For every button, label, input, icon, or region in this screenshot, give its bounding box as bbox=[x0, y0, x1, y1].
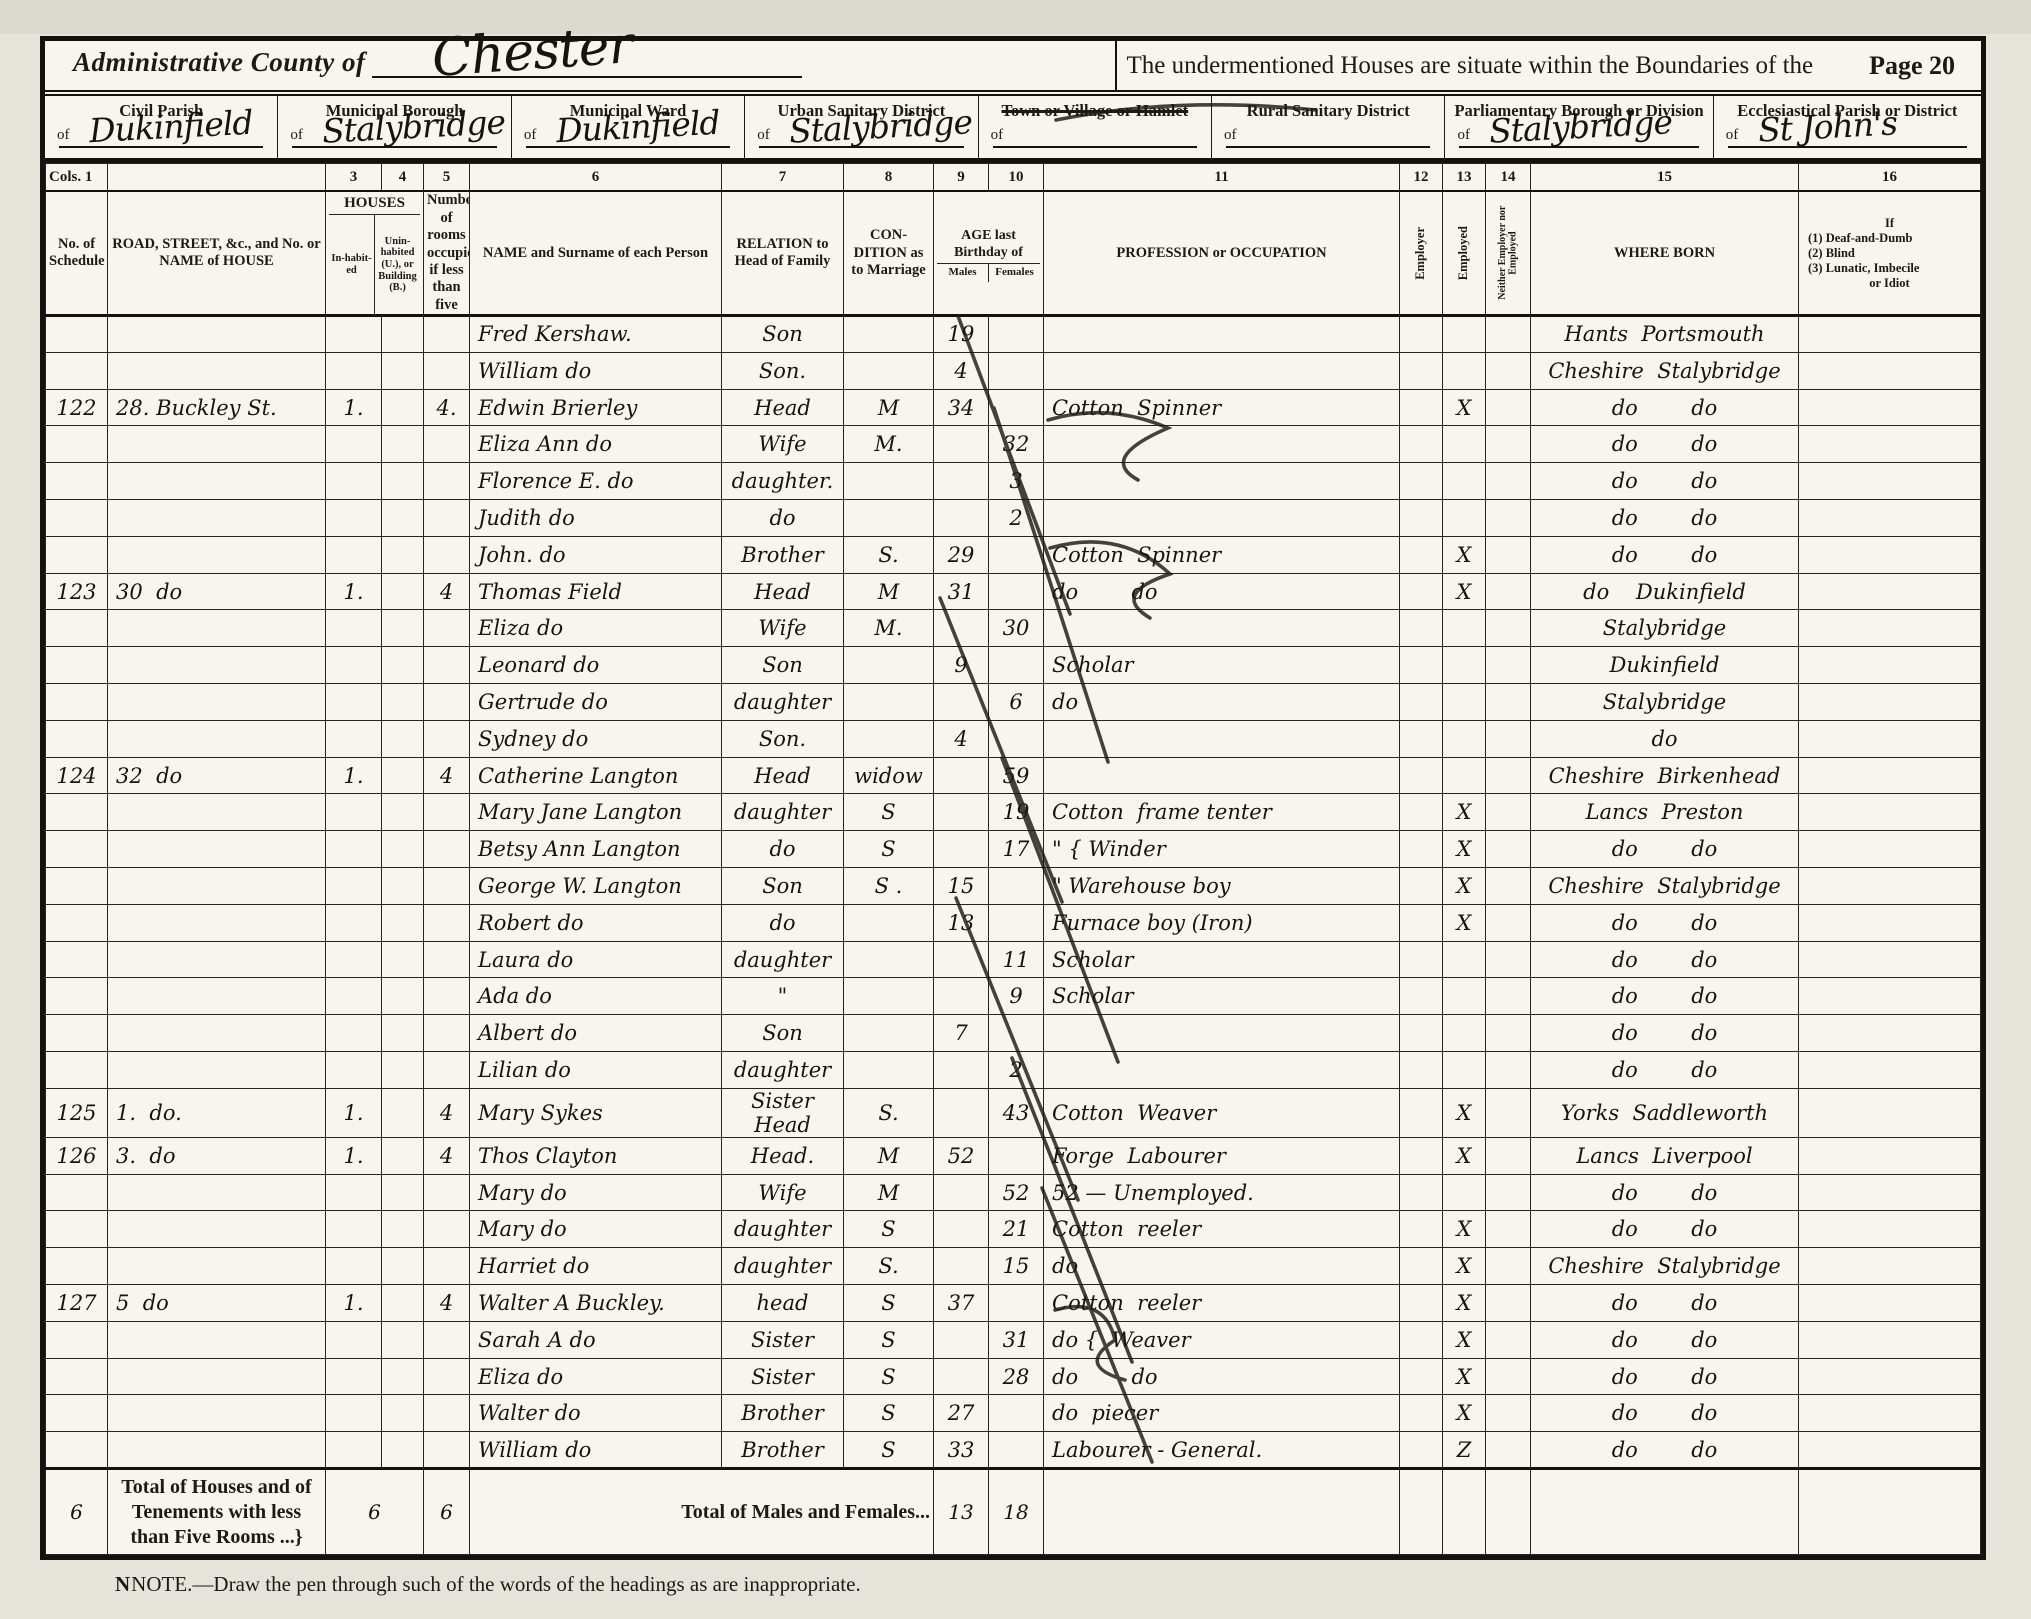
cell-condition: M. bbox=[844, 610, 934, 647]
header-houses: HOUSES In-habit-ed Unin-habited (U.), or… bbox=[326, 191, 424, 315]
district-of-prefix: of bbox=[524, 127, 537, 144]
cell-age-male bbox=[934, 500, 989, 537]
table-row: Mary dodaughterS21Cotton reelerXdo do bbox=[46, 1211, 1981, 1248]
col-num-6: 6 bbox=[470, 163, 722, 191]
cell-age-male bbox=[934, 610, 989, 647]
totals-schedule: 6 bbox=[46, 1469, 108, 1555]
district-label: Town or Village or Hamlet bbox=[979, 102, 1211, 121]
cell-uninhabited bbox=[382, 1285, 424, 1322]
cell-name: Sydney do bbox=[470, 720, 722, 757]
cell-road bbox=[108, 978, 326, 1015]
cell-age-female bbox=[989, 573, 1044, 610]
cell-infirmity bbox=[1799, 1395, 1981, 1432]
county-row: Administrative County of Chester The und… bbox=[45, 41, 1981, 96]
cell-road bbox=[108, 1432, 326, 1469]
totals-empty-infirmity bbox=[1799, 1469, 1981, 1555]
cell-age-male bbox=[934, 426, 989, 463]
cell-where-born: do do bbox=[1531, 426, 1799, 463]
header-neither: Neither Employer nor Employed bbox=[1486, 191, 1531, 315]
header-employer: Employer bbox=[1400, 191, 1443, 315]
cell-employed bbox=[1443, 610, 1486, 647]
cell-relation: " bbox=[722, 978, 844, 1015]
cell-infirmity bbox=[1799, 1285, 1981, 1322]
cell-age-female bbox=[989, 1432, 1044, 1469]
cell-relation: Brother bbox=[722, 536, 844, 573]
cell-age-female bbox=[989, 389, 1044, 426]
cell-infirmity bbox=[1799, 1052, 1981, 1089]
cell-occupation: Scholar bbox=[1044, 978, 1400, 1015]
cell-where-born: do do bbox=[1531, 904, 1799, 941]
cell-rooms bbox=[424, 352, 470, 389]
cell-rooms: 4. bbox=[424, 389, 470, 426]
cell-road: 32 do bbox=[108, 757, 326, 794]
cell-neither bbox=[1486, 757, 1531, 794]
cell-name: Eliza Ann do bbox=[470, 426, 722, 463]
cell-inhabited: 1. bbox=[326, 1285, 382, 1322]
cell-where-born: do do bbox=[1531, 463, 1799, 500]
totals-empty-neither bbox=[1486, 1469, 1531, 1555]
cell-condition: S. bbox=[844, 1248, 934, 1285]
cell-employer bbox=[1400, 352, 1443, 389]
cell-rooms: 4 bbox=[424, 1088, 470, 1137]
cell-name: Eliza do bbox=[470, 1358, 722, 1395]
cell-uninhabited bbox=[382, 316, 424, 353]
cell-uninhabited bbox=[382, 1174, 424, 1211]
cell-infirmity bbox=[1799, 720, 1981, 757]
district-cell-ecclesiastical-parish-or-district: Ecclesiastical Parish or DistrictofSt Jo… bbox=[1714, 96, 1981, 157]
district-value: Dukinfield bbox=[88, 103, 253, 151]
cell-occupation: Furnace boy (Iron) bbox=[1044, 904, 1400, 941]
cell-schedule bbox=[46, 1321, 108, 1358]
cell-infirmity bbox=[1799, 1432, 1981, 1469]
infirmity-line-lunatic: (3) Lunatic, Imbecile bbox=[1802, 261, 1977, 276]
cell-uninhabited bbox=[382, 573, 424, 610]
totals-empty-profession bbox=[1044, 1469, 1400, 1555]
column-numbers-row: Cols. 1 3 4 5 6 7 8 9 10 11 12 13 14 15 … bbox=[46, 163, 1981, 191]
district-underline: ofStalybridge bbox=[1459, 122, 1698, 148]
table-row: Walter doBrotherS27do piecerXdo do bbox=[46, 1395, 1981, 1432]
cell-where-born: Cheshire Stalybridge bbox=[1531, 868, 1799, 905]
cell-name: Walter do bbox=[470, 1395, 722, 1432]
cell-schedule: 124 bbox=[46, 757, 108, 794]
cell-rooms: 4 bbox=[424, 1137, 470, 1174]
cell-condition bbox=[844, 352, 934, 389]
district-of-prefix: of bbox=[1457, 127, 1470, 144]
cell-age-male: 4 bbox=[934, 720, 989, 757]
col-num-14: 14 bbox=[1486, 163, 1531, 191]
cell-relation: do bbox=[722, 904, 844, 941]
cell-condition: S bbox=[844, 1211, 934, 1248]
cell-condition bbox=[844, 904, 934, 941]
cell-inhabited bbox=[326, 904, 382, 941]
cell-uninhabited bbox=[382, 684, 424, 721]
cell-uninhabited bbox=[382, 352, 424, 389]
cell-road bbox=[108, 831, 326, 868]
cell-where-born: Lancs Preston bbox=[1531, 794, 1799, 831]
cell-employed: X bbox=[1443, 573, 1486, 610]
cell-where-born: Yorks Saddleworth bbox=[1531, 1088, 1799, 1137]
col-num-11: 11 bbox=[1044, 163, 1400, 191]
header-profession: PROFESSION or OCCUPATION bbox=[1044, 191, 1400, 315]
boundary-statement: The undermentioned Houses are situate wi… bbox=[1117, 52, 1824, 80]
cell-occupation bbox=[1044, 500, 1400, 537]
cell-road bbox=[108, 1321, 326, 1358]
cell-schedule bbox=[46, 1211, 108, 1248]
table-row: 12330 do1.4Thomas FieldHeadM31do doXdo D… bbox=[46, 573, 1981, 610]
cell-infirmity bbox=[1799, 1137, 1981, 1174]
cell-employed: X bbox=[1443, 1211, 1486, 1248]
cell-schedule bbox=[46, 1052, 108, 1089]
cell-condition: S . bbox=[844, 868, 934, 905]
totals-empty-born bbox=[1531, 1469, 1799, 1555]
infirmity-line-deaf: (1) Deaf-and-Dumb bbox=[1802, 231, 1977, 246]
cell-schedule bbox=[46, 794, 108, 831]
col-num-1: Cols. 1 bbox=[46, 163, 108, 191]
cell-neither bbox=[1486, 500, 1531, 537]
cell-road bbox=[108, 426, 326, 463]
cell-occupation: " { Winder bbox=[1044, 831, 1400, 868]
cell-employed bbox=[1443, 1174, 1486, 1211]
cell-schedule bbox=[46, 868, 108, 905]
cell-schedule bbox=[46, 1432, 108, 1469]
cell-road bbox=[108, 316, 326, 353]
cell-name: Robert do bbox=[470, 904, 722, 941]
cell-schedule bbox=[46, 426, 108, 463]
cell-condition: widow bbox=[844, 757, 934, 794]
cell-relation: do bbox=[722, 500, 844, 537]
cell-relation: Son. bbox=[722, 720, 844, 757]
cell-road bbox=[108, 463, 326, 500]
cell-age-female: 11 bbox=[989, 941, 1044, 978]
cell-name: Edwin Brierley bbox=[470, 389, 722, 426]
cell-schedule: 123 bbox=[46, 573, 108, 610]
cell-condition: S bbox=[844, 794, 934, 831]
cell-age-female: 59 bbox=[989, 757, 1044, 794]
cell-employed bbox=[1443, 352, 1486, 389]
cell-road bbox=[108, 1248, 326, 1285]
cell-uninhabited bbox=[382, 1432, 424, 1469]
cell-neither bbox=[1486, 352, 1531, 389]
cell-infirmity bbox=[1799, 868, 1981, 905]
cell-inhabited bbox=[326, 500, 382, 537]
cell-age-female: 30 bbox=[989, 610, 1044, 647]
cell-name: John. do bbox=[470, 536, 722, 573]
cell-age-male bbox=[934, 1321, 989, 1358]
cell-neither bbox=[1486, 316, 1531, 353]
cell-name: Mary Jane Langton bbox=[470, 794, 722, 831]
cell-employer bbox=[1400, 1174, 1443, 1211]
cell-infirmity bbox=[1799, 573, 1981, 610]
cell-inhabited bbox=[326, 1358, 382, 1395]
cell-employer bbox=[1400, 1432, 1443, 1469]
cell-infirmity bbox=[1799, 684, 1981, 721]
totals-houses-value: 6 bbox=[326, 1469, 424, 1555]
cell-inhabited bbox=[326, 941, 382, 978]
cell-relation: Sister Head bbox=[722, 1088, 844, 1137]
cell-rooms bbox=[424, 500, 470, 537]
cell-road bbox=[108, 1174, 326, 1211]
cell-road bbox=[108, 352, 326, 389]
cell-where-born: Stalybridge bbox=[1531, 684, 1799, 721]
cell-rooms bbox=[424, 463, 470, 500]
cell-name: William do bbox=[470, 1432, 722, 1469]
table-row: Leonard doSon9ScholarDukinfield bbox=[46, 647, 1981, 684]
cell-rooms bbox=[424, 831, 470, 868]
table-row: Laura dodaughter11Scholardo do bbox=[46, 941, 1981, 978]
cell-neither bbox=[1486, 389, 1531, 426]
cell-schedule: 127 bbox=[46, 1285, 108, 1322]
cell-rooms bbox=[424, 316, 470, 353]
cell-uninhabited bbox=[382, 1358, 424, 1395]
admin-county-label: Administrative County of bbox=[73, 47, 366, 78]
cell-neither bbox=[1486, 1321, 1531, 1358]
cell-inhabited bbox=[326, 1211, 382, 1248]
district-underline: of bbox=[1226, 122, 1430, 148]
cell-occupation: Cotton Weaver bbox=[1044, 1088, 1400, 1137]
cell-name: Eliza do bbox=[470, 610, 722, 647]
table-row: Albert doSon7do do bbox=[46, 1015, 1981, 1052]
cell-name: Walter A Buckley. bbox=[470, 1285, 722, 1322]
table-row: 1251. do.1.4Mary SykesSister HeadS.43Cot… bbox=[46, 1088, 1981, 1137]
cell-condition: M bbox=[844, 389, 934, 426]
cell-relation: Wife bbox=[722, 610, 844, 647]
cell-neither bbox=[1486, 426, 1531, 463]
cell-schedule bbox=[46, 463, 108, 500]
cell-age-female: 6 bbox=[989, 684, 1044, 721]
cell-road: 30 do bbox=[108, 573, 326, 610]
cell-uninhabited bbox=[382, 868, 424, 905]
header-employer-label: Employer bbox=[1414, 227, 1427, 280]
cell-road: 5 do bbox=[108, 1285, 326, 1322]
table-row: John. doBrotherS.29Cotton SpinnerXdo do bbox=[46, 536, 1981, 573]
cell-where-born: Cheshire Stalybridge bbox=[1531, 352, 1799, 389]
cell-relation: daughter bbox=[722, 794, 844, 831]
cell-condition bbox=[844, 941, 934, 978]
cell-infirmity bbox=[1799, 426, 1981, 463]
district-cell-municipal-ward: Municipal WardofDukinfield bbox=[512, 96, 745, 157]
cell-schedule bbox=[46, 500, 108, 537]
cell-neither bbox=[1486, 904, 1531, 941]
header-age: AGE last Birthday of Males Females bbox=[934, 191, 1044, 315]
cell-occupation: " Warehouse boy bbox=[1044, 868, 1400, 905]
cell-where-born: do do bbox=[1531, 1052, 1799, 1089]
cell-relation: daughter bbox=[722, 1248, 844, 1285]
cell-schedule bbox=[46, 610, 108, 647]
cell-employer bbox=[1400, 647, 1443, 684]
district-underline: ofDukinfield bbox=[59, 122, 263, 148]
cell-name: Mary Sykes bbox=[470, 1088, 722, 1137]
cell-road bbox=[108, 647, 326, 684]
cell-neither bbox=[1486, 1432, 1531, 1469]
cell-uninhabited bbox=[382, 389, 424, 426]
cell-inhabited bbox=[326, 1052, 382, 1089]
cell-infirmity bbox=[1799, 1174, 1981, 1211]
cell-where-born: do do bbox=[1531, 978, 1799, 1015]
cell-inhabited bbox=[326, 536, 382, 573]
cell-condition: S bbox=[844, 1321, 934, 1358]
cell-infirmity bbox=[1799, 1088, 1981, 1137]
form-frame: Administrative County of Chester The und… bbox=[40, 36, 1986, 1560]
cell-relation: Head. bbox=[722, 1137, 844, 1174]
cell-uninhabited bbox=[382, 904, 424, 941]
cell-inhabited: 1. bbox=[326, 1088, 382, 1137]
cell-schedule bbox=[46, 316, 108, 353]
totals-houses-label: Total of Houses and of Tenements with le… bbox=[108, 1469, 326, 1555]
cell-condition bbox=[844, 720, 934, 757]
cell-inhabited bbox=[326, 831, 382, 868]
cell-inhabited: 1. bbox=[326, 1137, 382, 1174]
table-row: Eliza doSisterS28do doXdo do bbox=[46, 1358, 1981, 1395]
cell-occupation: do bbox=[1044, 1248, 1400, 1285]
cell-age-male: 9 bbox=[934, 647, 989, 684]
cell-age-male: 13 bbox=[934, 904, 989, 941]
cell-condition bbox=[844, 1052, 934, 1089]
cell-age-female bbox=[989, 720, 1044, 757]
cell-occupation bbox=[1044, 316, 1400, 353]
admin-county-section: Administrative County of Chester bbox=[45, 41, 1117, 90]
cell-condition bbox=[844, 500, 934, 537]
district-value: Stalybridge bbox=[322, 102, 507, 151]
cell-neither bbox=[1486, 794, 1531, 831]
cell-relation: Sister bbox=[722, 1321, 844, 1358]
cell-condition bbox=[844, 1015, 934, 1052]
col-num-2 bbox=[108, 163, 326, 191]
cell-infirmity bbox=[1799, 389, 1981, 426]
cell-age-female: 19 bbox=[989, 794, 1044, 831]
cell-age-female: 17 bbox=[989, 831, 1044, 868]
cell-where-born: do do bbox=[1531, 1321, 1799, 1358]
district-of-prefix: of bbox=[1726, 127, 1739, 144]
cell-uninhabited bbox=[382, 978, 424, 1015]
cell-age-male: 52 bbox=[934, 1137, 989, 1174]
cell-condition: M bbox=[844, 573, 934, 610]
col-num-7: 7 bbox=[722, 163, 844, 191]
district-value: St John's bbox=[1757, 103, 1898, 149]
cell-employer bbox=[1400, 1358, 1443, 1395]
cell-name: Thomas Field bbox=[470, 573, 722, 610]
cell-relation: Brother bbox=[722, 1395, 844, 1432]
cell-inhabited bbox=[326, 868, 382, 905]
cell-schedule bbox=[46, 904, 108, 941]
cell-age-male: 19 bbox=[934, 316, 989, 353]
table-row: Mary doWifeM5252 — Unemployed.do do bbox=[46, 1174, 1981, 1211]
cell-relation: Head bbox=[722, 389, 844, 426]
cell-rooms bbox=[424, 904, 470, 941]
cell-neither bbox=[1486, 1395, 1531, 1432]
cell-occupation bbox=[1044, 757, 1400, 794]
cell-name: Laura do bbox=[470, 941, 722, 978]
header-age-title: AGE last Birthday of bbox=[937, 225, 1040, 265]
header-neither-label: Neither Employer nor Employed bbox=[1498, 192, 1519, 314]
header-schedule: No. of Schedule bbox=[46, 191, 108, 315]
cell-neither bbox=[1486, 1248, 1531, 1285]
cell-where-born: do do bbox=[1531, 536, 1799, 573]
cell-age-female: 3 bbox=[989, 463, 1044, 500]
cell-employed: X bbox=[1443, 1137, 1486, 1174]
cell-inhabited bbox=[326, 316, 382, 353]
cell-rooms bbox=[424, 941, 470, 978]
col-num-9: 9 bbox=[934, 163, 989, 191]
table-row: Sydney doSon.4do bbox=[46, 720, 1981, 757]
cell-infirmity bbox=[1799, 352, 1981, 389]
cell-schedule bbox=[46, 1395, 108, 1432]
cell-rooms bbox=[424, 1174, 470, 1211]
cell-name: Florence E. do bbox=[470, 463, 722, 500]
cell-employed: X bbox=[1443, 389, 1486, 426]
cell-rooms bbox=[424, 1321, 470, 1358]
cell-road: 1. do. bbox=[108, 1088, 326, 1137]
cell-uninhabited bbox=[382, 1395, 424, 1432]
cell-infirmity bbox=[1799, 794, 1981, 831]
cell-inhabited bbox=[326, 426, 382, 463]
cell-road bbox=[108, 1358, 326, 1395]
header-road: ROAD, STREET, &c., and No. or NAME of HO… bbox=[108, 191, 326, 315]
cell-employed bbox=[1443, 684, 1486, 721]
cell-where-born: do do bbox=[1531, 1358, 1799, 1395]
cell-neither bbox=[1486, 1052, 1531, 1089]
district-cell-civil-parish: Civil ParishofDukinfield bbox=[45, 96, 278, 157]
cell-infirmity bbox=[1799, 904, 1981, 941]
header-uninhabited: Unin-habited (U.), or Building (B.) bbox=[375, 215, 420, 315]
table-row: William doBrotherS33Labourer - General.Z… bbox=[46, 1432, 1981, 1469]
cell-occupation: do piecer bbox=[1044, 1395, 1400, 1432]
cell-age-male: 7 bbox=[934, 1015, 989, 1052]
cell-schedule bbox=[46, 941, 108, 978]
cell-name: Judith do bbox=[470, 500, 722, 537]
district-label: Rural Sanitary District bbox=[1212, 102, 1444, 121]
cell-condition: M bbox=[844, 1137, 934, 1174]
cell-schedule bbox=[46, 1174, 108, 1211]
cell-age-male bbox=[934, 831, 989, 868]
cell-neither bbox=[1486, 1015, 1531, 1052]
cell-rooms bbox=[424, 1248, 470, 1285]
cell-age-male bbox=[934, 1211, 989, 1248]
cell-age-male bbox=[934, 463, 989, 500]
cell-rooms bbox=[424, 647, 470, 684]
cell-infirmity bbox=[1799, 500, 1981, 537]
cell-inhabited bbox=[326, 1015, 382, 1052]
district-cell-town-or-village-or-hamlet: Town or Village or Hamletof bbox=[979, 96, 1212, 157]
cell-name: William do bbox=[470, 352, 722, 389]
cell-employed: X bbox=[1443, 1285, 1486, 1322]
cell-infirmity bbox=[1799, 1015, 1981, 1052]
cell-infirmity bbox=[1799, 610, 1981, 647]
cell-neither bbox=[1486, 831, 1531, 868]
cell-road bbox=[108, 1052, 326, 1089]
cell-rooms bbox=[424, 1432, 470, 1469]
cell-schedule bbox=[46, 831, 108, 868]
cell-name: Leonard do bbox=[470, 647, 722, 684]
cell-where-born: Stalybridge bbox=[1531, 610, 1799, 647]
cell-road bbox=[108, 1015, 326, 1052]
cell-condition: S. bbox=[844, 1088, 934, 1137]
cell-schedule bbox=[46, 684, 108, 721]
cell-employer bbox=[1400, 389, 1443, 426]
district-cell-rural-sanitary-district: Rural Sanitary Districtof bbox=[1212, 96, 1445, 157]
cell-neither bbox=[1486, 684, 1531, 721]
cell-age-female bbox=[989, 316, 1044, 353]
cell-road bbox=[108, 868, 326, 905]
cell-infirmity bbox=[1799, 647, 1981, 684]
cell-age-female: 31 bbox=[989, 1321, 1044, 1358]
district-underline: ofStalybridge bbox=[292, 122, 496, 148]
cell-rooms bbox=[424, 1395, 470, 1432]
census-table: Cols. 1 3 4 5 6 7 8 9 10 11 12 13 14 15 … bbox=[45, 163, 1981, 1555]
cell-where-born: Lancs Liverpool bbox=[1531, 1137, 1799, 1174]
table-row: Lilian dodaughter2do do bbox=[46, 1052, 1981, 1089]
header-rooms: Number of rooms occupied if less than fi… bbox=[424, 191, 470, 315]
table-row: Fred Kershaw.Son19Hants Portsmouth bbox=[46, 316, 1981, 353]
